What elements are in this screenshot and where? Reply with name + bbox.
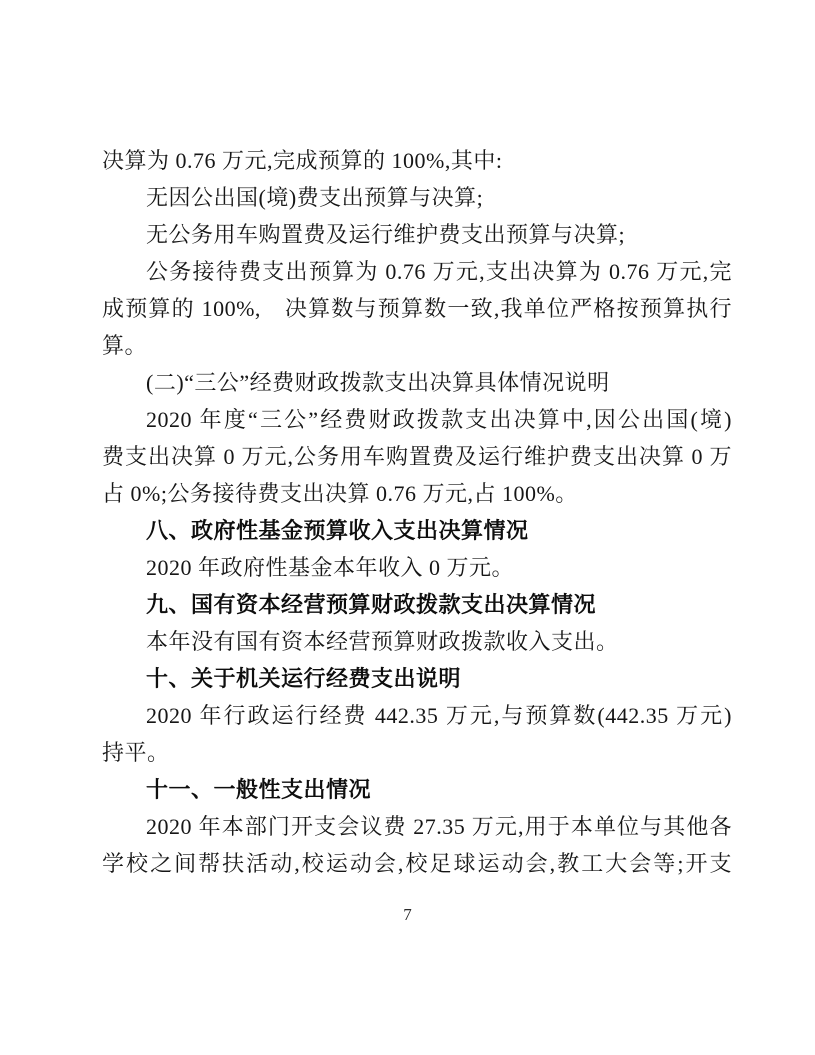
section-heading: 八、政府性基金预算收入支出决算情况 xyxy=(102,512,732,549)
page-number: 7 xyxy=(0,903,815,927)
section-heading: 十一、一般性支出情况 xyxy=(102,771,732,808)
text-line: 无公务用车购置费及运行维护费支出预算与决算; xyxy=(102,216,732,253)
text-line: 2020 年行政运行经费 442.35 万元,与预算数(442.35 万元) xyxy=(102,697,732,734)
text-line: 占 0%;公务接待费支出决算 0.76 万元,占 100%。 xyxy=(102,475,732,512)
text-line: 本年没有国有资本经营预算财政拨款收入支出。 xyxy=(102,623,732,660)
document-page: 决算为 0.76 万元,完成预算的 100%,其中:无因公出国(境)费支出预算与… xyxy=(0,0,815,1055)
text-line: 学校之间帮扶活动,校运动会,校足球运动会,教工大会等;开支 xyxy=(102,845,732,882)
text-line: 费支出决算 0 万元,公务用车购置费及运行维护费支出决算 0 万元, xyxy=(102,438,732,475)
section-heading: 十、关于机关运行经费支出说明 xyxy=(102,660,732,697)
text-line: 无因公出国(境)费支出预算与决算; xyxy=(102,179,732,216)
text-line: 算。 xyxy=(102,327,732,364)
text-line: 成预算的 100%, 决算数与预算数一致,我单位严格按预算执行决 xyxy=(102,290,732,327)
text-line: 2020 年本部门开支会议费 27.35 万元,用于本单位与其他各 xyxy=(102,808,732,845)
text-line: 持平。 xyxy=(102,734,732,771)
text-line: 2020 年度“三公”经费财政拨款支出决算中,因公出国(境) xyxy=(102,401,732,438)
text-line: (二)“三公”经费财政拨款支出决算具体情况说明 xyxy=(102,364,732,401)
text-line: 决算为 0.76 万元,完成预算的 100%,其中: xyxy=(102,142,732,179)
section-heading: 九、国有资本经营预算财政拨款支出决算情况 xyxy=(102,586,732,623)
document-body: 决算为 0.76 万元,完成预算的 100%,其中:无因公出国(境)费支出预算与… xyxy=(102,142,732,882)
text-line: 公务接待费支出预算为 0.76 万元,支出决算为 0.76 万元,完 xyxy=(102,253,732,290)
text-line: 2020 年政府性基金本年收入 0 万元。 xyxy=(102,549,732,586)
